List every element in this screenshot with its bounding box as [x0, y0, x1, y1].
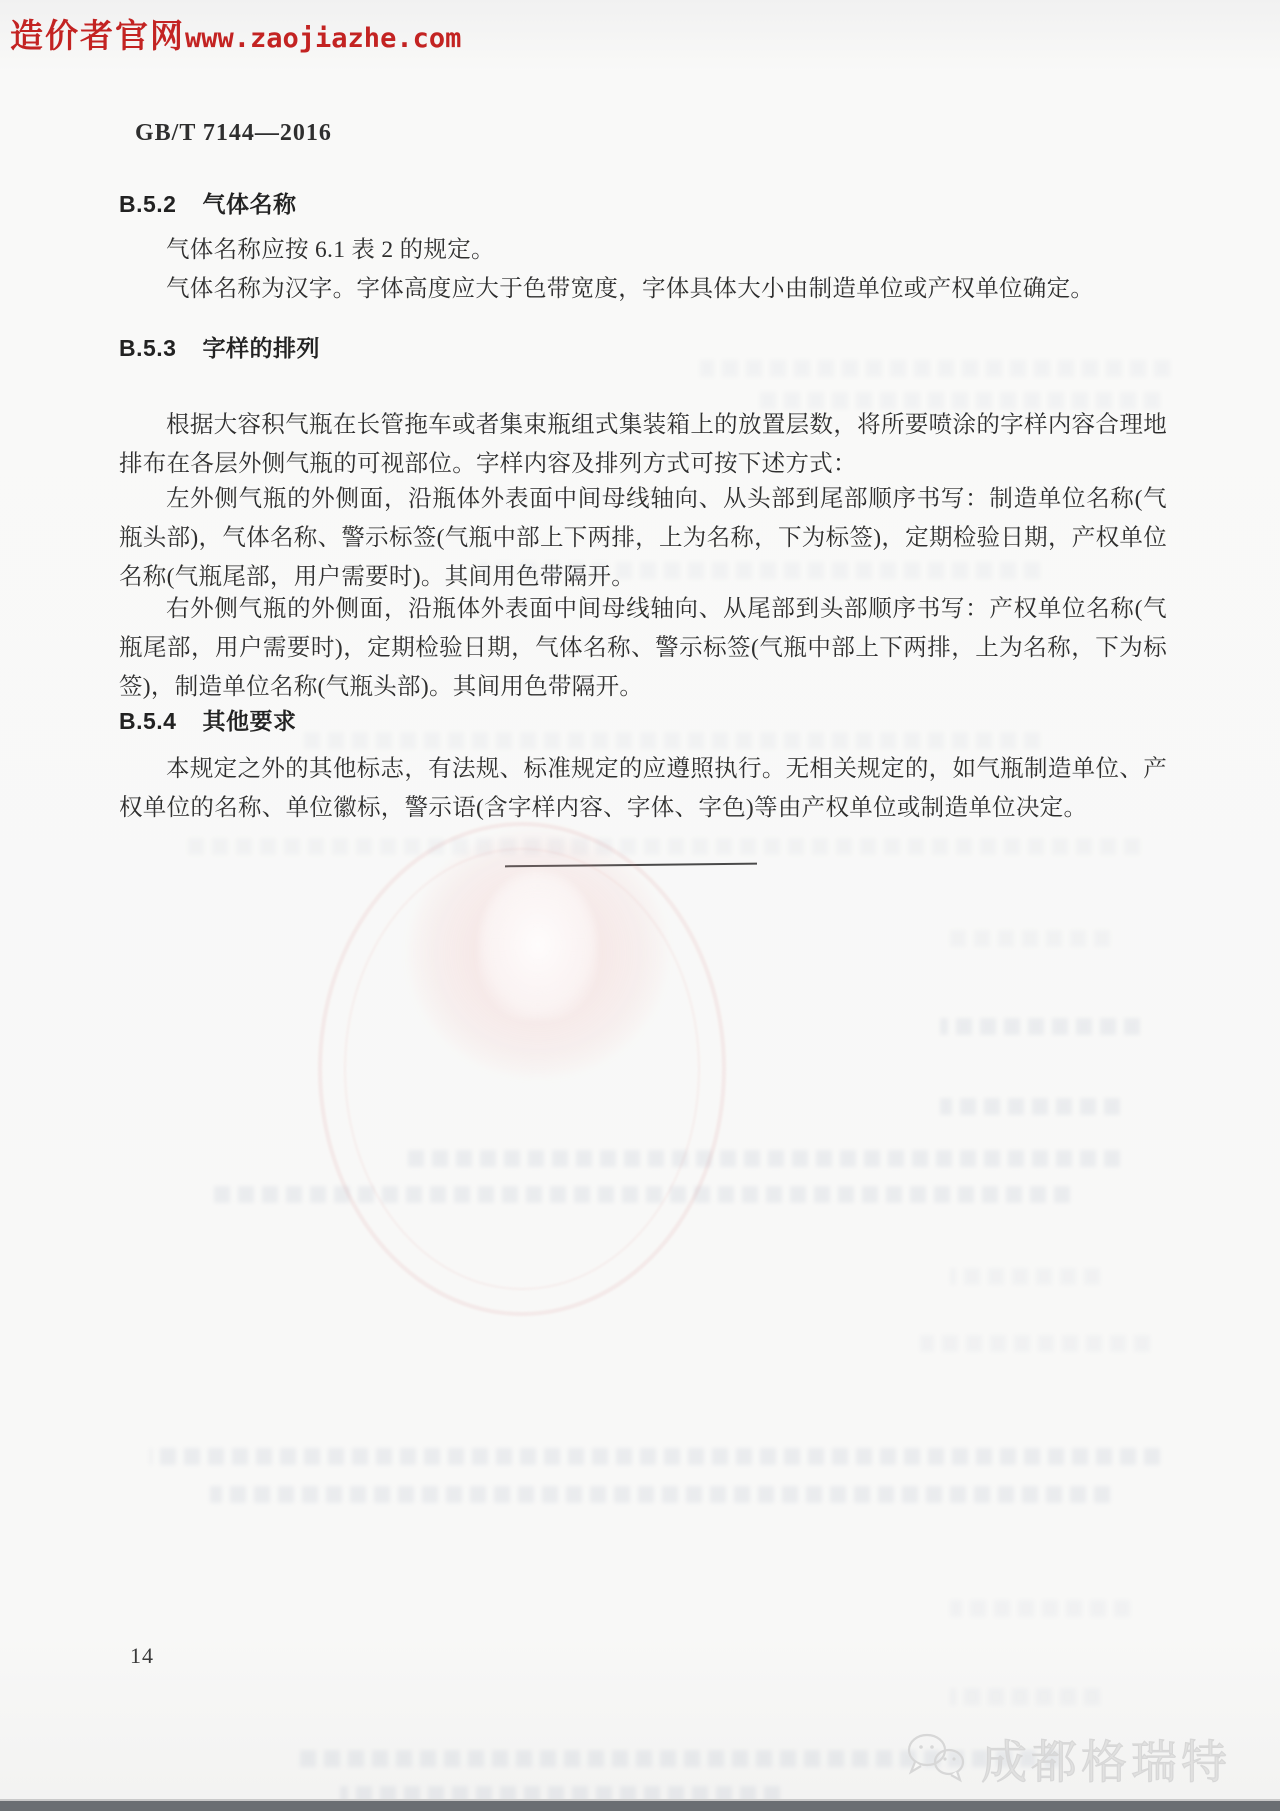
brand-name: 成都格瑞特	[981, 1726, 1231, 1792]
bleed-through-row	[210, 1186, 1070, 1203]
bleed-through-row	[150, 1448, 1160, 1465]
bleed-through-row	[700, 360, 1170, 377]
bleed-through-row	[760, 392, 1160, 409]
paragraph: 气体名称应按 6.1 表 2 的规定。	[119, 231, 1167, 270]
bleed-through-row	[950, 1600, 1130, 1617]
doc-number: GB/T 7144—2016	[135, 120, 332, 147]
bleed-through-row	[400, 1150, 1120, 1167]
bleed-through-row	[180, 838, 1140, 855]
scan-edge-strip	[0, 1799, 1280, 1811]
paragraph: 气体名称为汉字。字体高度应大于色带宽度，字体具体大小由制造单位或产权单位确定。	[119, 270, 1167, 309]
site-name: 造价者官网	[10, 19, 185, 55]
section-id: B.5.2	[119, 191, 176, 217]
section-heading-b5-3: B.5.3字样的排列	[119, 330, 320, 363]
section-heading-b5-4: B.5.4其他要求	[119, 703, 296, 736]
paragraph: 右外侧气瓶的外侧面，沿瓶体外表面中间母线轴向、从尾部到头部顺序书写：产权单位名称…	[119, 590, 1167, 707]
bleed-through-row	[950, 930, 1110, 947]
section-id: B.5.3	[119, 335, 176, 361]
paragraph: 本规定之外的其他标志，有法规、标准规定的应遵照执行。无相关规定的，如气瓶制造单位…	[119, 750, 1167, 828]
bottom-brand-watermark: 成都格瑞特	[905, 1726, 1231, 1792]
bleed-through-row	[210, 1486, 1110, 1503]
paragraph: 左外侧气瓶的外侧面，沿瓶体外表面中间母线轴向、从头部到尾部顺序书写：制造单位名称…	[119, 480, 1167, 597]
bleed-through-row	[940, 1098, 1120, 1115]
bleed-through-row	[480, 562, 1040, 579]
paragraph: 根据大容积气瓶在长管拖车或者集束瓶组式集装箱上的放置层数，将所要喷涂的字样内容合…	[119, 406, 1167, 484]
page-number: 14	[130, 1643, 154, 1669]
bleed-through-row	[950, 1268, 1100, 1285]
bleed-through-row	[300, 732, 1040, 749]
top-site-watermark: 造价者官网www.zaojiazhe.com	[10, 10, 461, 57]
section-title: 字样的排列	[202, 335, 320, 361]
section-id: B.5.4	[119, 708, 176, 734]
bleed-through-row	[920, 1335, 1150, 1352]
site-url: www.zaojiazhe.com	[185, 23, 461, 54]
section-title: 气体名称	[202, 191, 296, 217]
bleed-through-row	[950, 1688, 1100, 1705]
section-title: 其他要求	[202, 708, 296, 734]
bleed-seal-center	[478, 870, 598, 1020]
wechat-icon	[905, 1731, 967, 1788]
section-heading-b5-2: B.5.2气体名称	[119, 186, 296, 219]
scanned-document-page: 造价者官网www.zaojiazhe.com GB/T 7144—2016 B.…	[0, 0, 1280, 1811]
bleed-through-row	[940, 1018, 1140, 1035]
